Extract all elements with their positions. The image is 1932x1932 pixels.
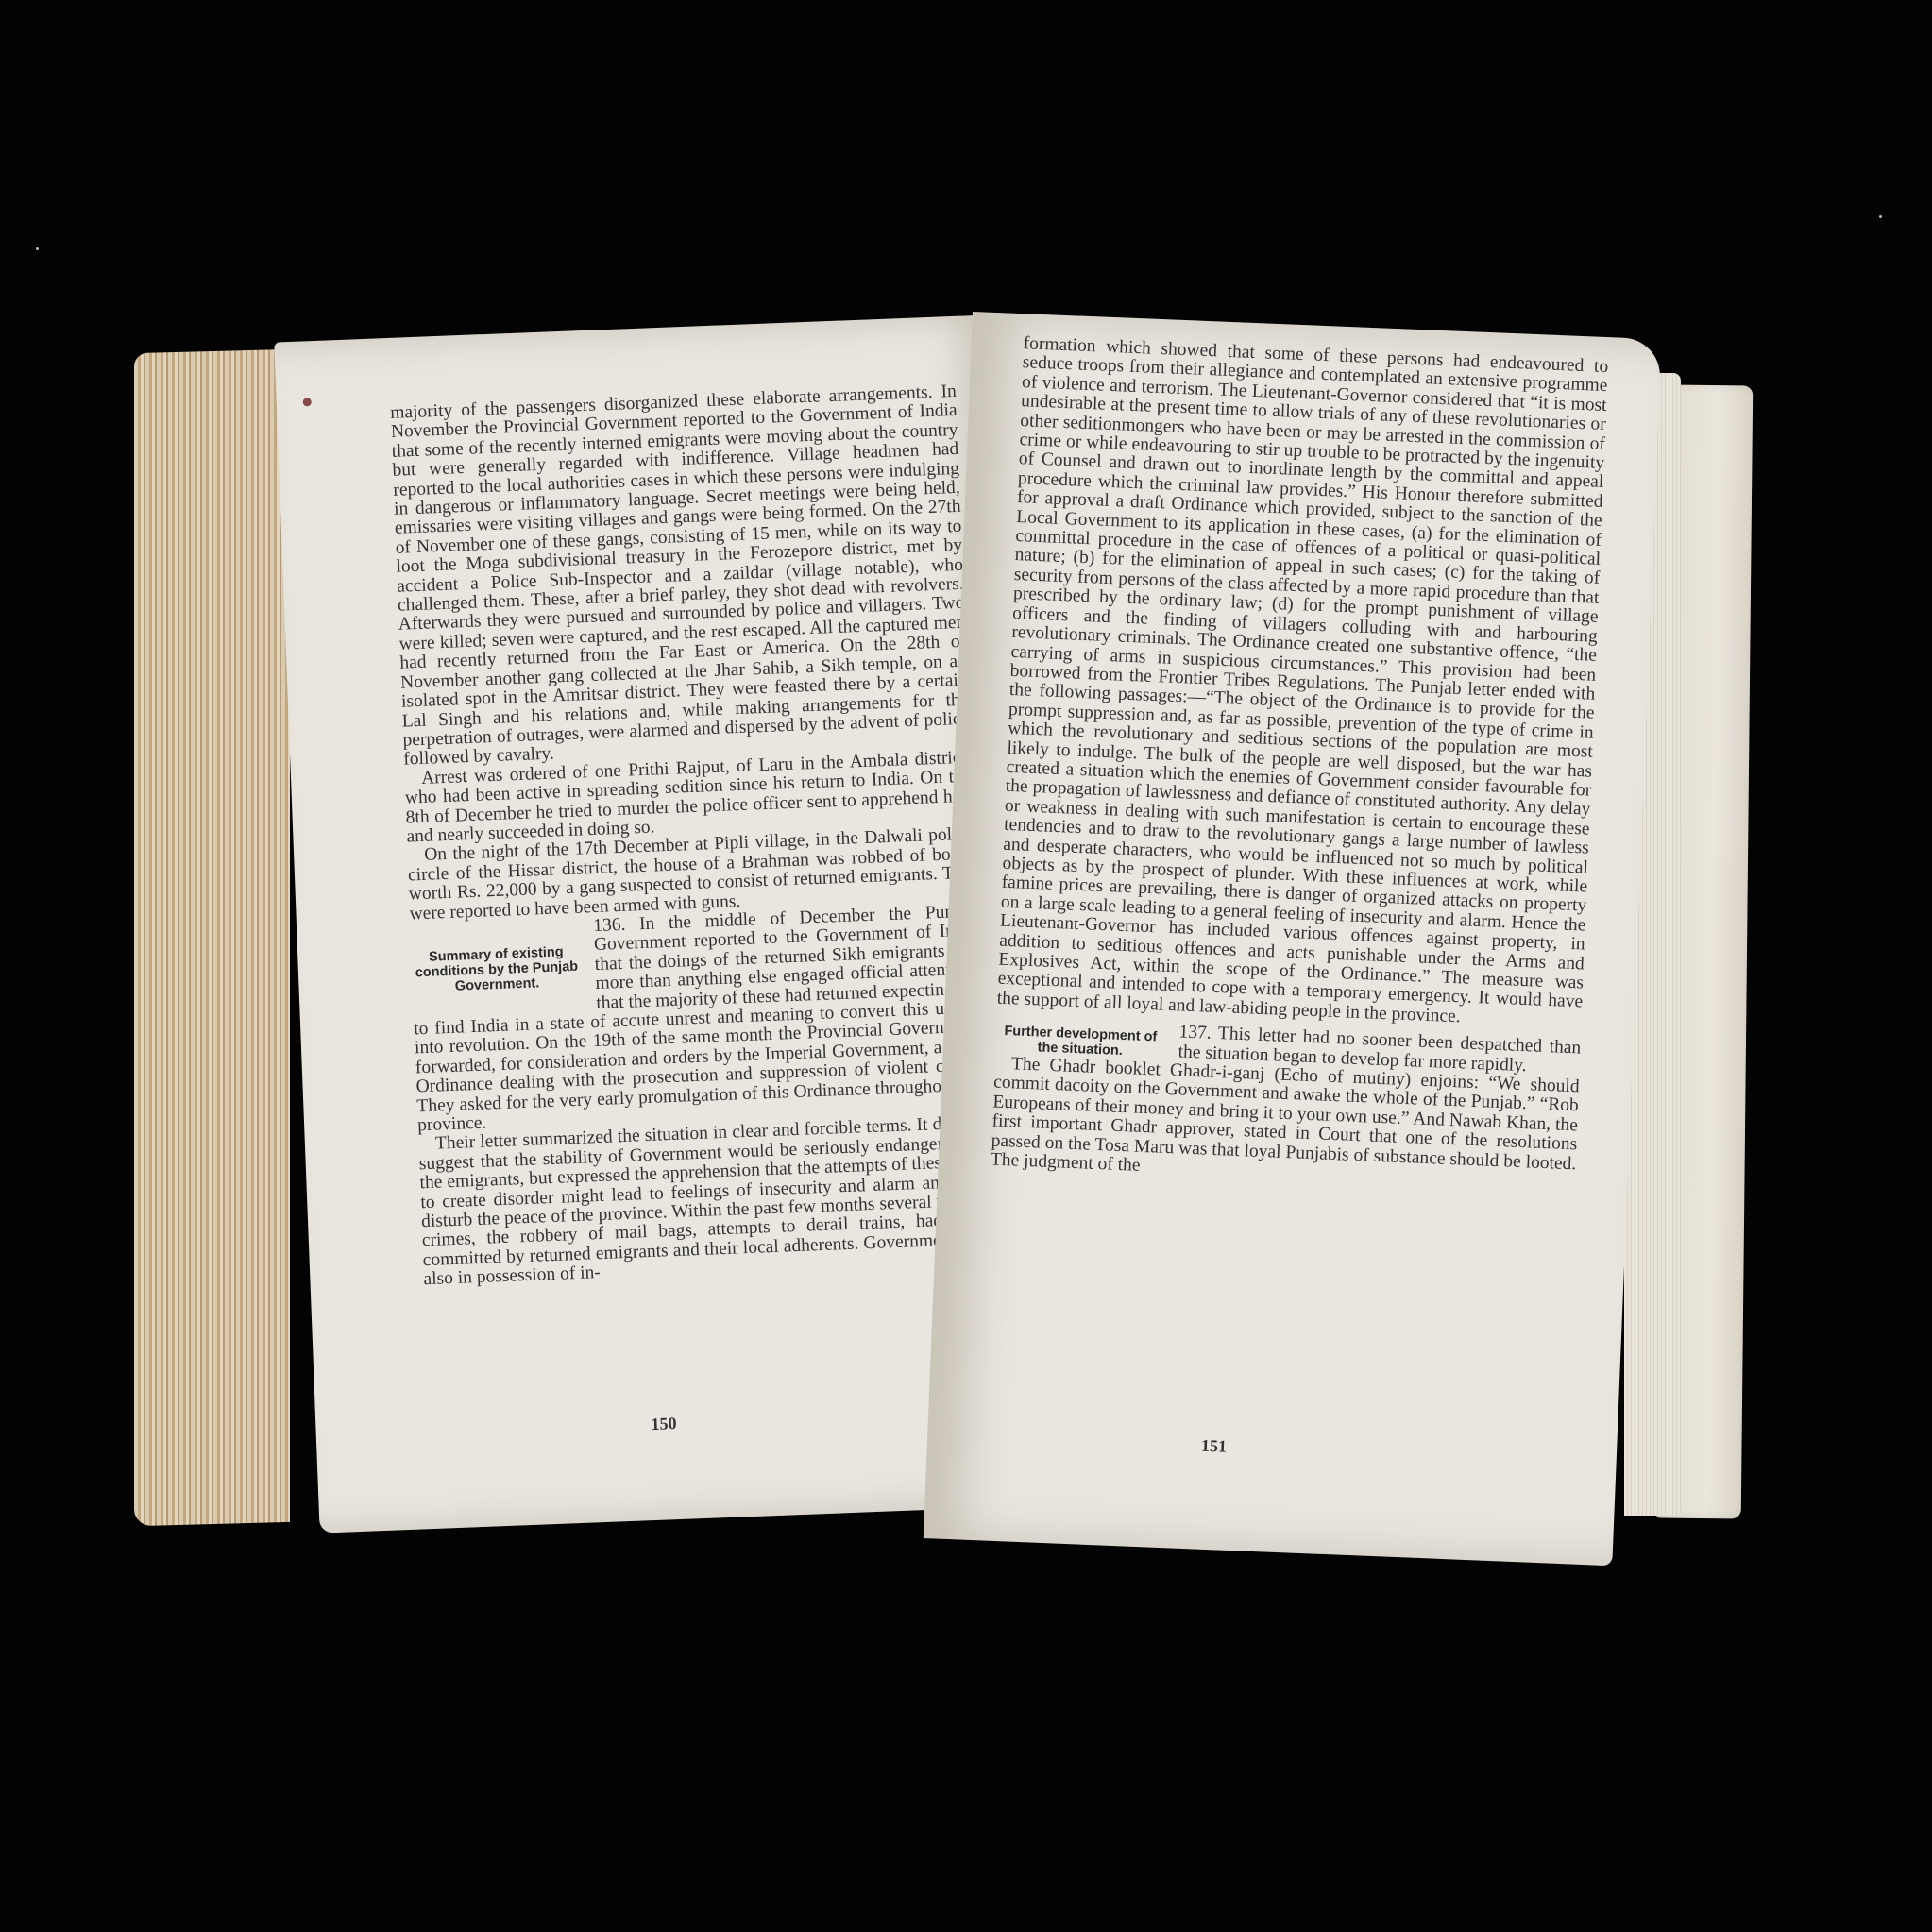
paragraph: to find India in a state of accute unres…	[414, 998, 984, 1135]
left-page-edges	[134, 349, 290, 1526]
left-page: majority of the passengers disorganized …	[274, 314, 1037, 1533]
paragraph: The Ghadr booklet Ghadr-i-ganj (Echo of …	[991, 1055, 1580, 1194]
paragraph: Their letter summarized the situation in…	[418, 1114, 991, 1290]
paragraph: majority of the passengers disorganized …	[390, 382, 970, 770]
right-page-text: formation which showed that some of thes…	[991, 334, 1609, 1194]
dust-speck	[36, 247, 39, 250]
page-number: 151	[1201, 1436, 1228, 1457]
right-page: formation which showed that some of thes…	[924, 312, 1662, 1566]
section-lead: 136. In the middle of December the Punja…	[593, 902, 980, 1013]
margin-note: Summary of existing conditions by the Pu…	[410, 918, 583, 996]
dust-speck	[1879, 215, 1882, 218]
page-number: 150	[651, 1414, 677, 1434]
ink-stain	[303, 398, 312, 406]
paragraph: formation which showed that some of thes…	[996, 334, 1608, 1032]
photo-background: majority of the passengers disorganized …	[0, 0, 1932, 1932]
left-page-text: majority of the passengers disorganized …	[390, 382, 991, 1290]
